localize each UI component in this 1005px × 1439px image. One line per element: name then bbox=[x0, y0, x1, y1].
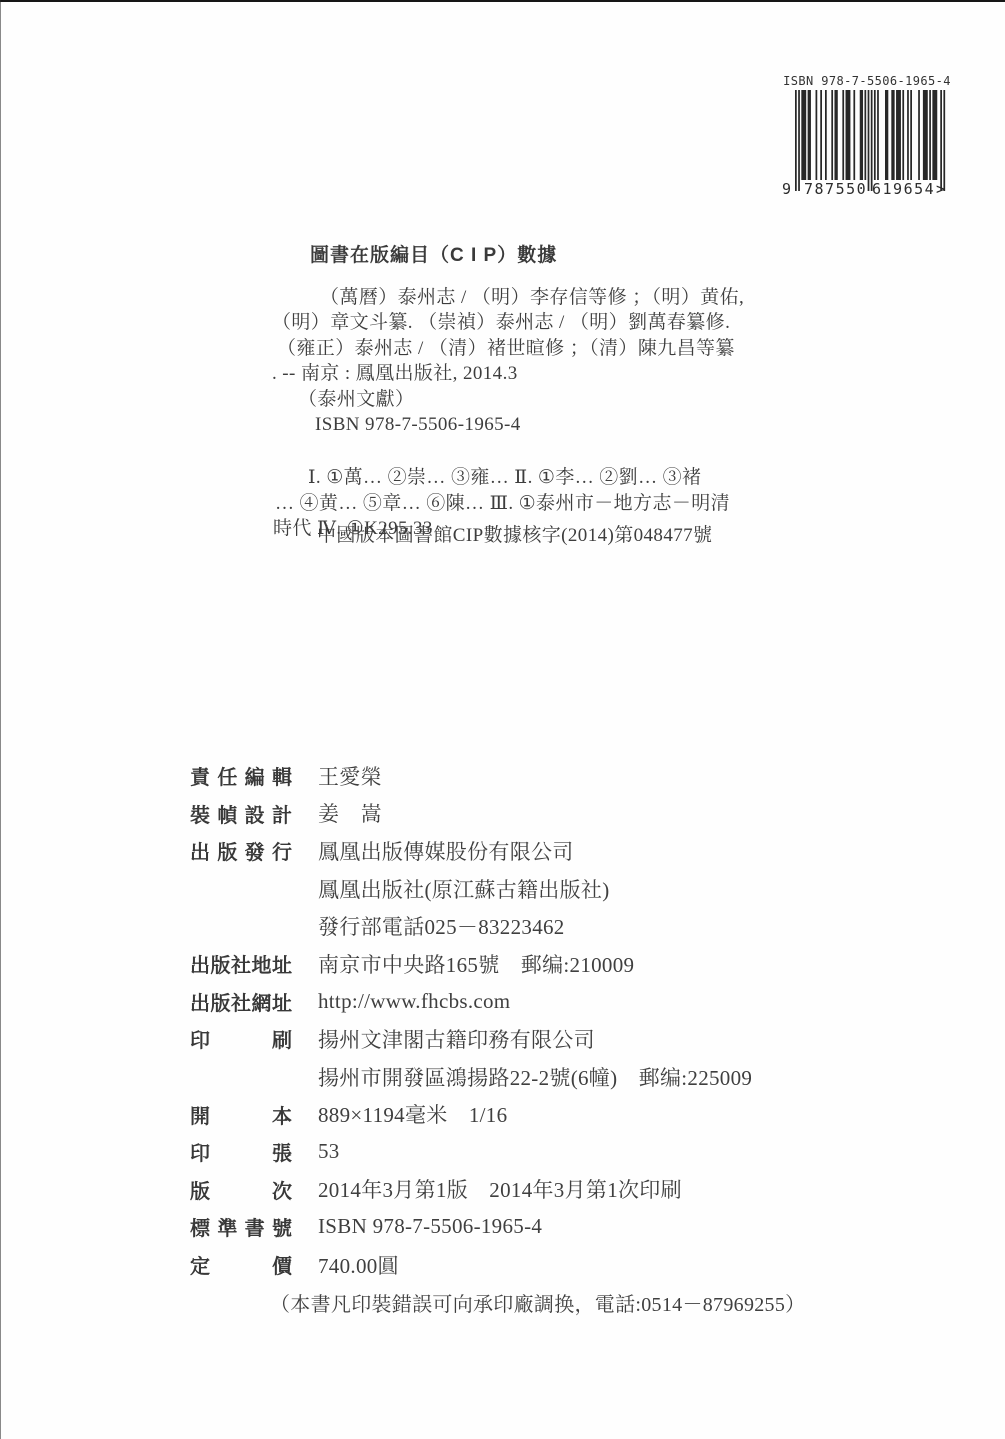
cip-record-line: （泰州文獻） bbox=[272, 387, 772, 412]
row-label: 印刷 bbox=[190, 1024, 292, 1053]
row-value: 鳳凰出版社(原江蘇古籍出版社) bbox=[318, 874, 610, 904]
scan-top-edge bbox=[0, 0, 1005, 2]
cip-record-line: ISBN 978-7-5506-1965-4 bbox=[272, 412, 772, 437]
row-value: 2014年3月第1版 2014年3月第1次印刷 bbox=[318, 1174, 682, 1204]
cip-record-line: . -- 南京 : 鳳凰出版社, 2014.3 bbox=[272, 361, 772, 386]
colophon-row: 印張 53 bbox=[190, 1133, 930, 1171]
row-value: 發行部電話025－83223462 bbox=[318, 911, 565, 941]
row-label: 定價 bbox=[190, 1250, 292, 1279]
colophon-row: 鳳凰出版社(原江蘇古籍出版社) bbox=[190, 870, 930, 908]
book-copyright-page: ISBN 978-7-5506-1965-4 9 787550 619654 >… bbox=[0, 0, 1005, 1439]
colophon-note-row: （本書凡印裝錯誤可向承印廠調换，電話:0514－87969255） bbox=[190, 1283, 930, 1321]
colophon-row: 出版社網址 http://www.fhcbs.com bbox=[190, 983, 930, 1021]
cip-title: 圖書在版編目（C I P）數據 bbox=[310, 240, 772, 267]
cip-record-line: （萬曆）泰州志 / （明）李存信等修 ；（明）黄佑, bbox=[272, 285, 772, 310]
row-label: 出版發行 bbox=[190, 836, 292, 865]
row-value: 姜 嵩 bbox=[318, 798, 382, 828]
cip-block: 圖書在版編目（C I P）數據 （萬曆）泰州志 / （明）李存信等修 ；（明）黄… bbox=[272, 240, 772, 542]
row-value: ISBN 978-7-5506-1965-4 bbox=[318, 1214, 542, 1239]
row-label: 責任編輯 bbox=[190, 761, 292, 790]
cip-index-line: … ④黄… ⑤章… ⑥陳… Ⅲ. ①泰州市－地方志－明清 bbox=[272, 491, 772, 516]
cip-registry-number: 中國版本圖書館CIP數據核字(2014)第048477號 bbox=[317, 520, 712, 547]
colophon-row: 責任編輯 王愛榮 bbox=[190, 757, 930, 795]
cip-record: （萬曆）泰州志 / （明）李存信等修 ；（明）黄佑, （明）章文斗纂. （崇禎）… bbox=[272, 285, 772, 437]
barcode-digit-first: 9 bbox=[782, 180, 793, 198]
colophon: 責任編輯 王愛榮 裝幀設計 姜 嵩 出版發行 鳳凰出版傳媒股份有限公司 鳳凰出版… bbox=[190, 757, 930, 1321]
cip-record-line: （明）章文斗纂. （崇禎）泰州志 / （明）劉萬春纂修. bbox=[272, 310, 772, 335]
row-label: 出版社網址 bbox=[190, 987, 292, 1016]
row-value: 南京市中央路165號 郵编:210009 bbox=[318, 949, 634, 979]
colophon-row: 標準書號 ISBN 978-7-5506-1965-4 bbox=[190, 1208, 930, 1246]
row-value: 王愛榮 bbox=[318, 761, 382, 791]
row-label: 開本 bbox=[190, 1100, 292, 1129]
barcode-digits-right: 619654 bbox=[872, 180, 935, 198]
isbn-barcode: ISBN 978-7-5506-1965-4 9 787550 619654 > bbox=[780, 72, 954, 202]
row-value: http://www.fhcbs.com bbox=[318, 989, 510, 1014]
colophon-row: 定價 740.00圓 bbox=[190, 1246, 930, 1284]
misprint-exchange-note: （本書凡印裝錯誤可向承印廠調换，電話:0514－87969255） bbox=[270, 1288, 805, 1317]
scan-left-edge bbox=[0, 0, 1, 1439]
row-label: 裝幀設計 bbox=[190, 799, 292, 828]
colophon-row: 出版發行 鳳凰出版傳媒股份有限公司 bbox=[190, 832, 930, 870]
colophon-row: 發行部電話025－83223462 bbox=[190, 907, 930, 945]
row-value: 889×1194毫米 1/16 bbox=[318, 1099, 507, 1129]
row-label: 版次 bbox=[190, 1175, 292, 1204]
row-label: 出版社地址 bbox=[190, 949, 292, 978]
colophon-row: 裝幀設計 姜 嵩 bbox=[190, 795, 930, 833]
isbn-text: ISBN 978-7-5506-1965-4 bbox=[780, 74, 954, 88]
row-value: 揚州文津閣古籍印務有限公司 bbox=[318, 1024, 595, 1054]
barcode-digits-left: 787550 bbox=[804, 180, 867, 198]
cip-index-line: Ⅰ. ①萬… ②崇… ③雍… Ⅱ. ①李… ②劉… ③褚 bbox=[272, 465, 772, 490]
row-value: 鳳凰出版傳媒股份有限公司 bbox=[318, 836, 574, 866]
barcode-trailing-arrow: > bbox=[936, 180, 945, 198]
cip-record-line: （雍正）泰州志 / （清）褚世暄修 ；（清）陳九昌等纂 bbox=[272, 336, 772, 361]
colophon-row: 揚州市開發區鴻揚路22-2號(6幢) 郵编:225009 bbox=[190, 1058, 930, 1096]
barcode-digits: 9 787550 619654 > bbox=[780, 180, 954, 200]
row-label: 印張 bbox=[190, 1137, 292, 1166]
row-value: 740.00圓 bbox=[318, 1250, 399, 1280]
row-label: 標準書號 bbox=[190, 1212, 292, 1241]
row-value: 53 bbox=[318, 1139, 340, 1164]
colophon-row: 印刷 揚州文津閣古籍印務有限公司 bbox=[190, 1020, 930, 1058]
colophon-row: 開本 889×1194毫米 1/16 bbox=[190, 1095, 930, 1133]
row-value: 揚州市開發區鴻揚路22-2號(6幢) 郵编:225009 bbox=[318, 1062, 752, 1092]
colophon-row: 版次 2014年3月第1版 2014年3月第1次印刷 bbox=[190, 1171, 930, 1209]
colophon-row: 出版社地址 南京市中央路165號 郵编:210009 bbox=[190, 945, 930, 983]
